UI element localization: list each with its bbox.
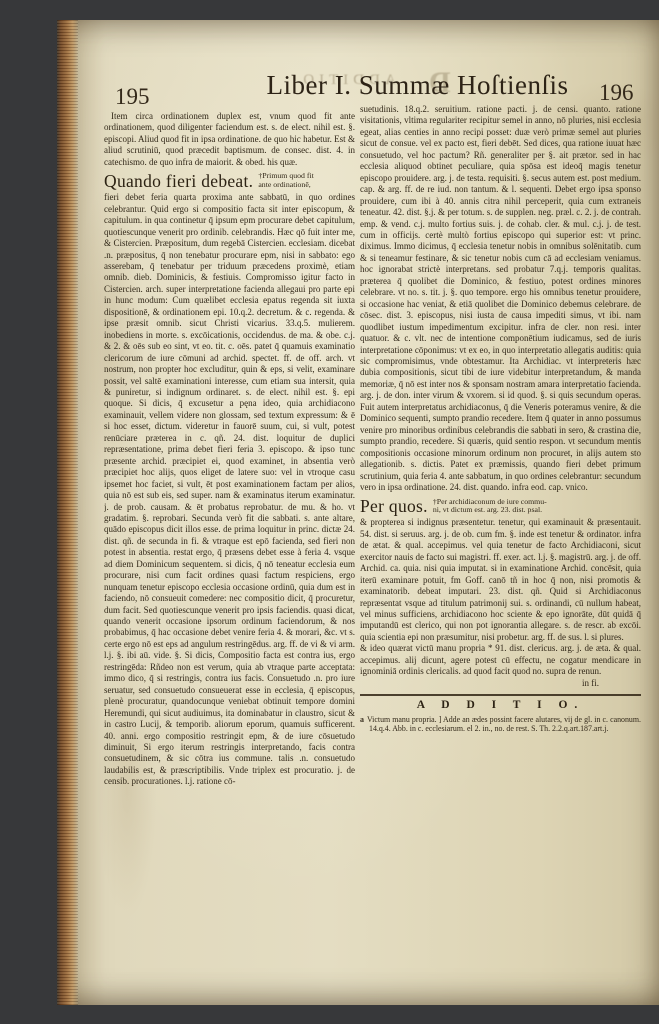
- heading-side-note: †Per archidiaconum de iure commu- ni, vt…: [433, 498, 547, 516]
- folio-number-right: 196: [599, 80, 634, 106]
- page-fore-edge: [57, 20, 78, 1005]
- additio-note-text: Victum manu propria. ] Adde an ædes poss…: [367, 715, 641, 734]
- section-heading: Per quos.: [360, 496, 428, 516]
- section-heading: Quando fieri debeat.: [104, 171, 253, 191]
- intro-paragraph: Item circa ordinationem duplex est, vnum…: [104, 111, 355, 168]
- section-heading-row: 3 Quando fieri debeat. †Primum quod fit …: [104, 171, 355, 191]
- in-fine-reference: in fi.: [360, 678, 641, 689]
- additio-divider: [360, 694, 641, 696]
- text-column-left: Item circa ordinationem duplex est, vnum…: [104, 111, 355, 913]
- margin-note-paragraph: 2 & ideo quærat victū manu propria * 91.…: [360, 643, 641, 677]
- folio-number-left: 195: [115, 84, 150, 110]
- margin-note-text: & ideo quærat victū manu propria * 91. d…: [360, 643, 641, 676]
- section-heading-row: 4 Per quos. †Per archidiaconum de iure c…: [360, 496, 641, 516]
- additio-heading: A D D I T I O.: [360, 700, 641, 711]
- heading-side-note: †Primum quod fit ante ordinationē,: [258, 172, 313, 190]
- additio-note-marker: a: [360, 715, 367, 724]
- column-body: fieri debet feria quarta proxima ante sa…: [104, 192, 355, 788]
- scanned-book-photo: ADDITIO D 195 Liber I. Summæ Hoſtienſis …: [0, 0, 659, 1024]
- running-title: Liber I. Summæ Hoſtienſis: [245, 70, 590, 101]
- text-column-right: suetudinis. 18.q.2. seruitium. ratione p…: [360, 104, 641, 996]
- column-body: suetudinis. 18.q.2. seruitium. ratione p…: [360, 104, 641, 493]
- additio-note: aVictum manu propria. ] Adde an ædes pos…: [360, 715, 641, 734]
- column-body: & propterea si indignus præsentetur. ten…: [360, 517, 641, 643]
